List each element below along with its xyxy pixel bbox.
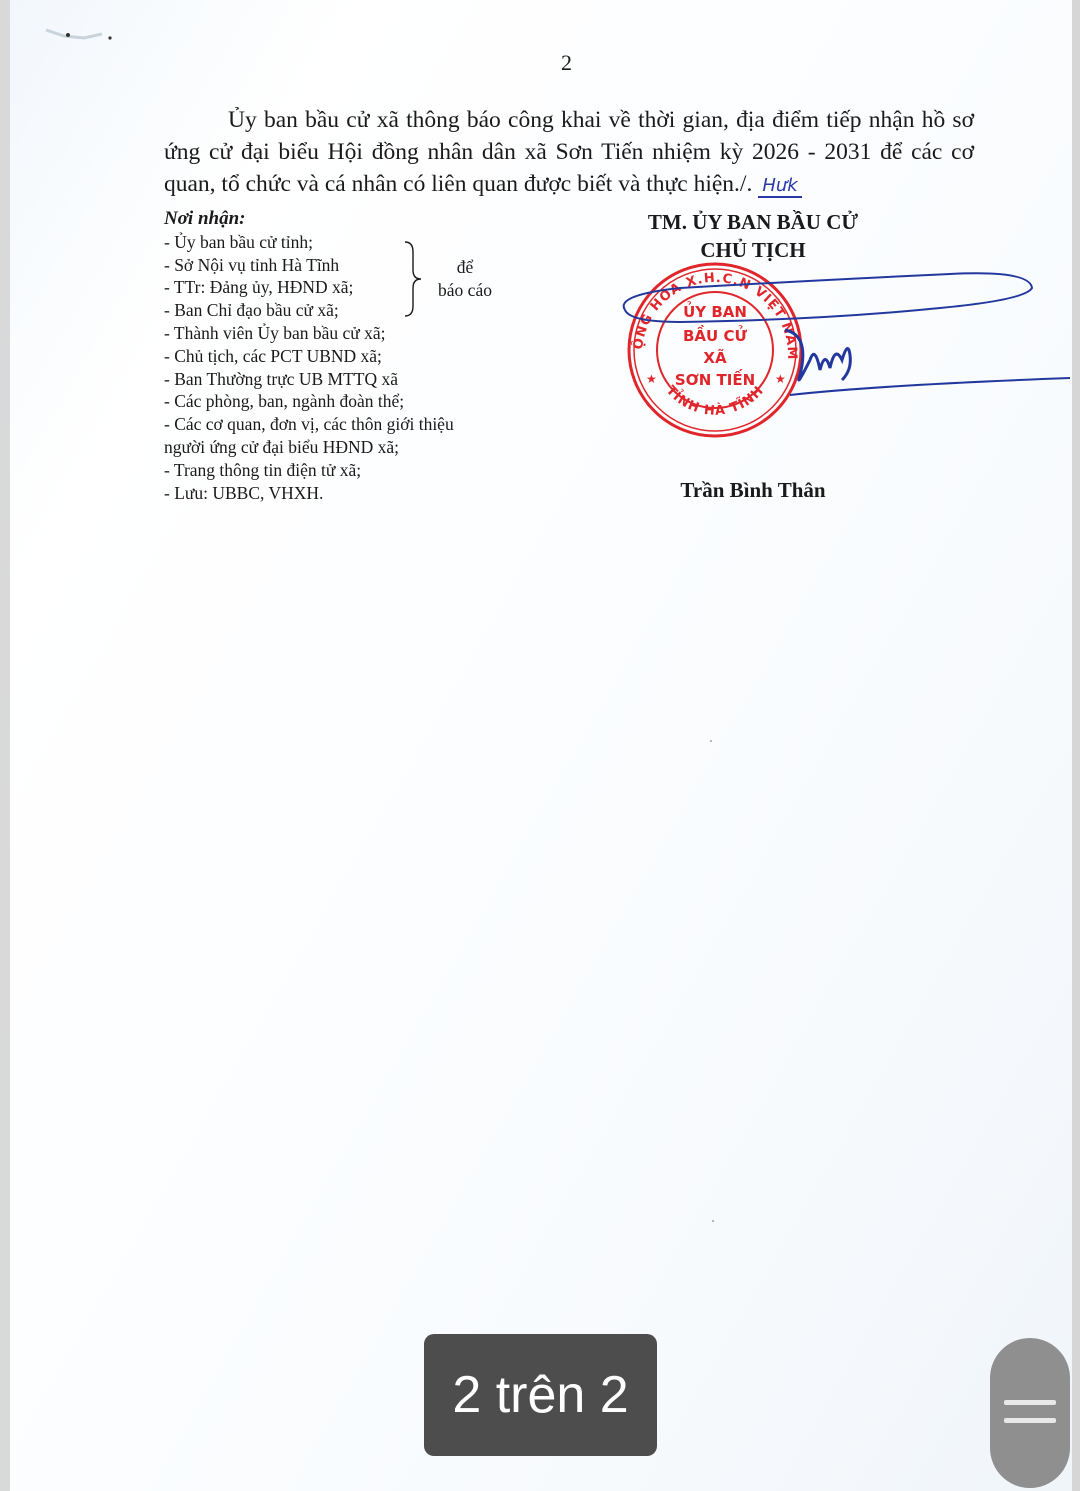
recipient-item: - Ban Thường trực UB MTTQ xã — [164, 368, 514, 391]
recipient-item: - Thành viên Ủy ban bầu cử xã; — [164, 322, 514, 345]
scan-smudge — [44, 26, 114, 46]
viewer-frame-left — [0, 0, 10, 1491]
recipient-item: - Các cơ quan, đơn vị, các thôn giới thi… — [164, 413, 514, 436]
recipient-item: - Trang thông tin điện tử xã; — [164, 459, 514, 482]
page-number: 2 — [561, 50, 572, 76]
scan-speck — [712, 1220, 714, 1222]
body-paragraph: Ủy ban bầu cử xã thông báo công khai về … — [164, 104, 974, 202]
recipients-title: Nơi nhận: — [164, 208, 514, 231]
recipient-item: - Các phòng, ban, ngành đoàn thể; — [164, 390, 514, 413]
recipient-item: người ứng cử đại biểu HĐND xã; — [164, 436, 514, 459]
brace-label: để báo cáo — [430, 256, 500, 302]
recipient-item: - Lưu: UBBC, VHXH. — [164, 482, 514, 505]
recipient-item: - Chủ tịch, các PCT UBND xã; — [164, 345, 514, 368]
scan-speck — [710, 740, 712, 742]
page-indicator: 2 trên 2 — [424, 1334, 657, 1456]
page-indicator-text: 2 trên 2 — [452, 1365, 628, 1425]
handwritten-initials: Hưk — [758, 175, 801, 198]
right-brace-icon — [402, 240, 424, 318]
signature-org-line: TM. ỦY BAN BẦU CỬ — [618, 208, 888, 236]
brace-label-line1: để — [430, 256, 500, 279]
recipient-item: - Ban Chỉ đạo bầu cử xã; — [164, 299, 514, 322]
recipient-item: - Ủy ban bầu cử tỉnh; — [164, 231, 514, 254]
body-paragraph-text: Ủy ban bầu cử xã thông báo công khai về … — [164, 107, 974, 197]
fast-scroll-handle[interactable] — [990, 1338, 1070, 1488]
signer-name: Trần Bình Thân — [618, 478, 888, 503]
recipients-list: Nơi nhận: - Ủy ban bầu cử tỉnh; - Sở Nội… — [164, 208, 514, 504]
brace-label-line2: báo cáo — [430, 279, 500, 302]
viewer-frame-right — [1072, 0, 1080, 1491]
handwritten-signature — [620, 260, 1070, 410]
